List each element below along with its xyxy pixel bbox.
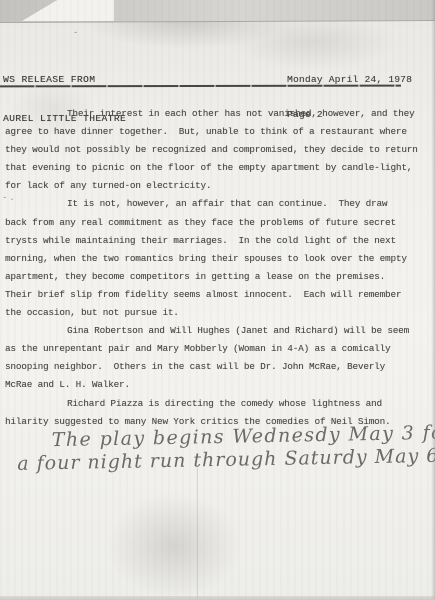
fold-line xyxy=(197,468,198,600)
typed-line: they would not possibly be recognized an… xyxy=(5,141,431,159)
typed-line: snooping neighbor. Others in the cast wi… xyxy=(5,358,431,376)
handwritten-note: The play begins Wednesdy May 3 for a fou… xyxy=(0,422,435,475)
typed-line: Richard Piazza is directing the comedy w… xyxy=(5,395,431,413)
typed-line: morning, when the two romantics bring th… xyxy=(5,250,431,268)
typed-line: apartment, they become competitors in ge… xyxy=(5,268,431,286)
pencil-mark-top: - xyxy=(73,30,78,36)
page-bottom-edge xyxy=(0,596,435,600)
typed-line: Gina Robertson and Will Hughes (Janet an… xyxy=(5,322,431,340)
typed-line: Their brief slip from fidelity seems alm… xyxy=(5,286,431,304)
typed-line: the occasion, but not pursue it. xyxy=(5,304,431,322)
typed-line: for lack of any turned-on electricity. xyxy=(5,177,431,195)
page-right-edge xyxy=(431,0,435,600)
typed-line: Their interest in each other has not van… xyxy=(5,105,431,123)
typed-line: that evening to picnic on the floor of t… xyxy=(5,159,431,177)
typed-line: back from any real commitment as they fa… xyxy=(5,214,431,232)
typed-body: Their interest in each other has not van… xyxy=(5,105,431,431)
scanned-page: WS RELEASE FROM AUREL LITTLE THEATRE Mon… xyxy=(0,0,435,600)
typed-line: It is not, however, an affair that can c… xyxy=(5,195,431,213)
letterhead-line1: WS RELEASE FROM xyxy=(3,73,126,86)
typed-line: agree to have dinner together. But, unab… xyxy=(5,123,431,141)
typed-line: McRae and L. H. Walker. xyxy=(5,376,431,394)
typed-line: as the unrepentant pair and Mary Mobberl… xyxy=(5,340,431,358)
typed-line: trysts while maintaining their marriages… xyxy=(5,232,431,250)
